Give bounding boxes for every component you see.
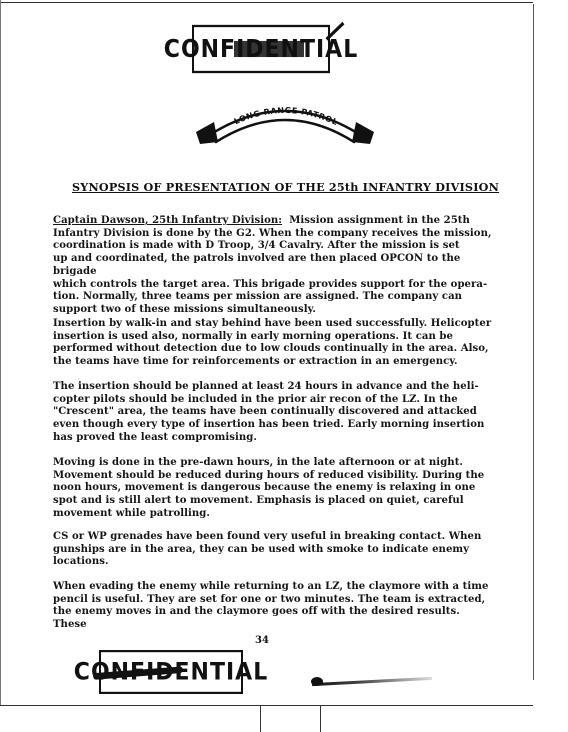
text-line: noon hours, movement is dangerous becaus… <box>53 482 493 495</box>
page-border-left <box>0 0 1 705</box>
page-border-bottom <box>0 705 533 706</box>
text-line: locations. <box>53 556 493 569</box>
ink-blob <box>311 677 323 686</box>
text-line: copter pilots should be included in the … <box>53 394 493 407</box>
paragraph-4: Moving is done in the pre-dawn hours, in… <box>53 457 493 521</box>
text-line: gunships are in the area, they can be us… <box>53 544 493 557</box>
text-line: has proved the least compromising. <box>53 432 493 445</box>
text-line: The insertion should be planned at least… <box>53 381 493 394</box>
text-line: CS or WP grenades have been found very u… <box>53 531 493 544</box>
text-line: movement while patrolling. <box>53 508 493 521</box>
text-line: When evading the enemy while returning t… <box>53 581 493 594</box>
classification-stamp-top: CONFIDENTIAL <box>192 25 330 73</box>
document-title: SYNOPSIS OF PRESENTATION OF THE 25th INF… <box>72 180 499 194</box>
paragraph-2: Insertion by walk-in and stay behind hav… <box>53 318 493 369</box>
paragraph-1: Captain Dawson, 25th Infantry Division: … <box>53 215 493 317</box>
text-line: insertion is used also, normally in earl… <box>53 331 493 344</box>
text-line: the teams have time for reinforcements o… <box>53 356 493 369</box>
text-line: spot and is still alert to movement. Emp… <box>53 495 493 508</box>
text-line: Movement should be reduced during hours … <box>53 470 493 483</box>
page-border-right <box>533 4 534 680</box>
ink-smear <box>312 677 432 686</box>
text-line: even though every type of insertion has … <box>53 419 493 432</box>
text-line: which controls the target area. This bri… <box>53 279 493 292</box>
text-line: Insertion by walk-in and stay behind hav… <box>53 318 493 331</box>
text-line: coordination is made with D Troop, 3/4 C… <box>53 240 493 253</box>
text-line: Infantry Division is done by the G2. Whe… <box>53 228 493 241</box>
paragraph-6: When evading the enemy while returning t… <box>53 581 493 632</box>
text-line: tion. Normally, three teams per mission … <box>53 291 493 304</box>
text-line: performed without detection due to low c… <box>53 343 493 356</box>
redaction-mark <box>234 41 304 57</box>
fold-line <box>320 705 321 732</box>
long-range-patrol-scroll-emblem: LONG RANGE PATROL <box>190 92 380 144</box>
text-line: "Crescent" area, the teams have been con… <box>53 406 493 419</box>
text-line: pencil is useful. They are set for one o… <box>53 594 493 607</box>
fold-line <box>260 705 261 732</box>
page-number: 34 <box>255 635 269 646</box>
classification-stamp-bottom: CONFIDENTIAL <box>99 650 243 694</box>
text-line: support two of these missions simultaneo… <box>53 304 493 317</box>
text-line: the enemy moves in and the claymore goes… <box>53 606 493 631</box>
page-border-top <box>0 2 533 3</box>
text-line: up and coordinated, the patrols involved… <box>53 253 493 278</box>
speaker-name: Captain Dawson, 25th Infantry Division: <box>53 215 282 226</box>
text-line: Mission assignment in the 25th <box>289 215 470 226</box>
paragraph-5: CS or WP grenades have been found very u… <box>53 531 493 569</box>
paragraph-3: The insertion should be planned at least… <box>53 381 493 445</box>
text-line: Moving is done in the pre-dawn hours, in… <box>53 457 493 470</box>
